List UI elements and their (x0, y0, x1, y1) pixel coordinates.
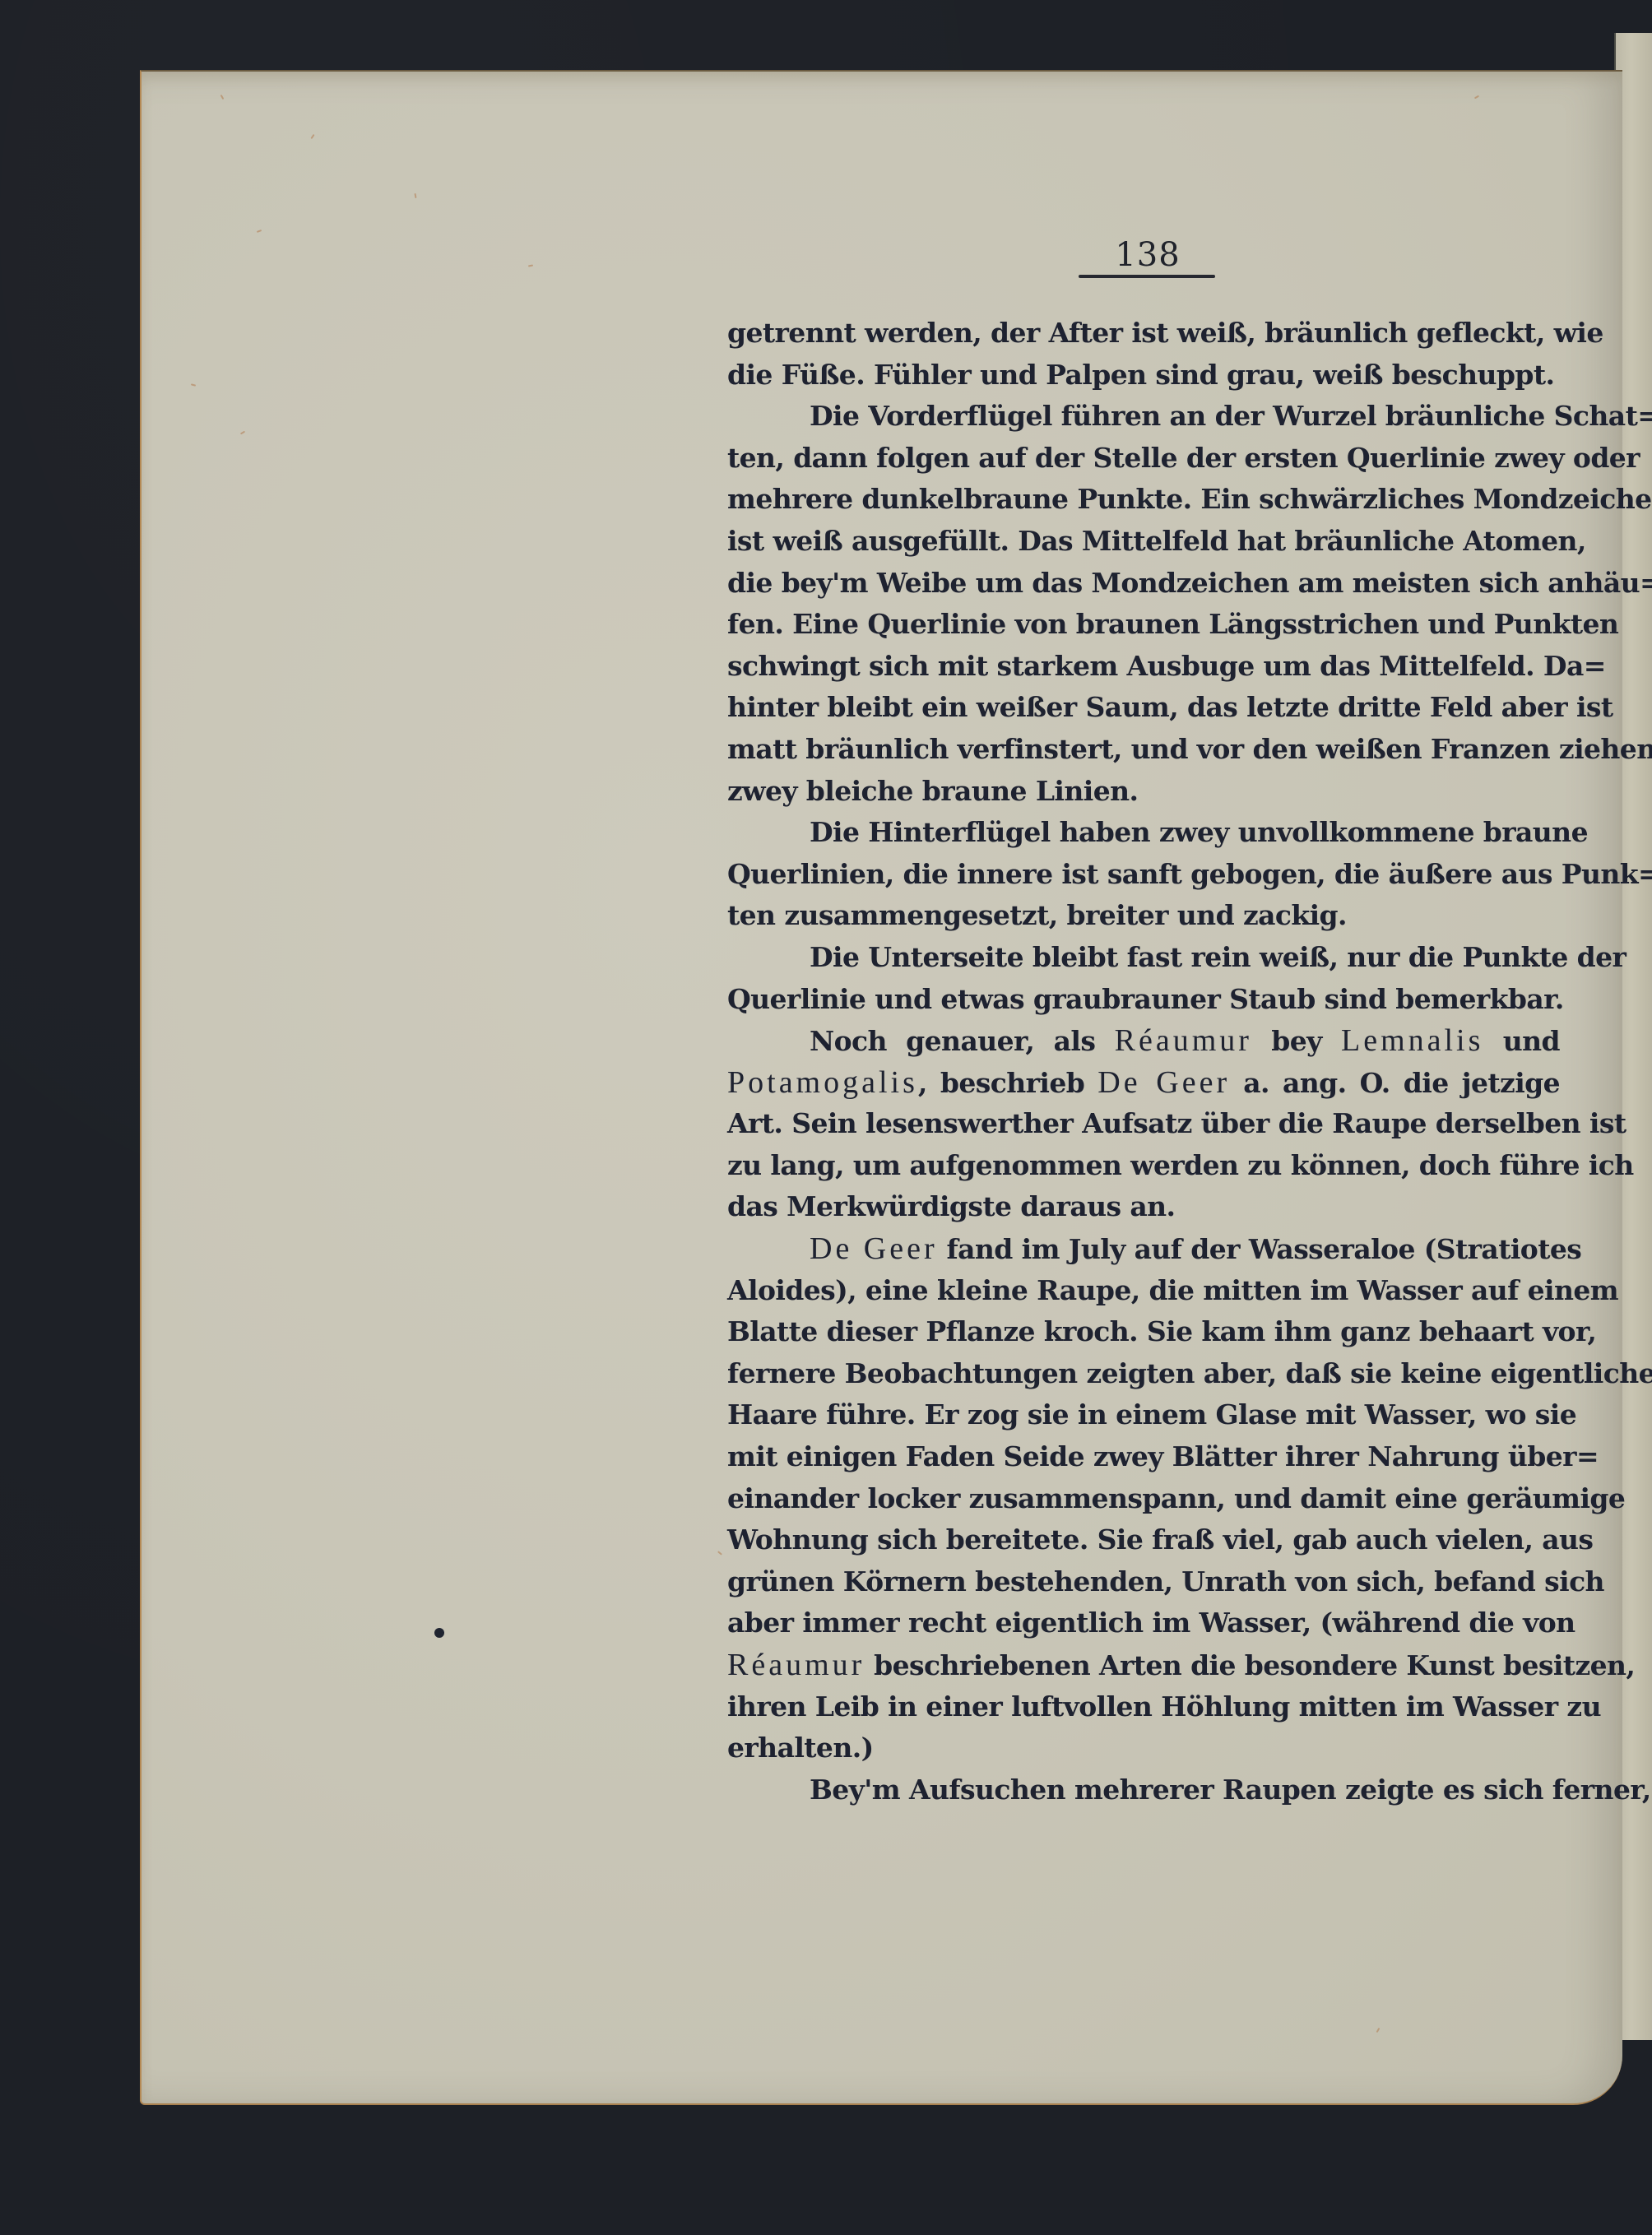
text-line: fen. Eine Querlinie von braunen Längsstr… (727, 604, 1560, 646)
text-line: matt bräunlich verfinstert, und vor den … (727, 729, 1560, 771)
text-line: erhalten.) (727, 1727, 1560, 1769)
text-line: ten zusammengesetzt, breiter und zackig. (727, 895, 1560, 937)
text-line: hinter bleibt ein weißer Saum, das letzt… (727, 687, 1560, 729)
paper-speck (528, 264, 533, 267)
paper-speck (220, 95, 225, 100)
text-line: das Merkwürdigste daraus an. (727, 1186, 1560, 1228)
text-line: Querlinie und etwas graubrauner Staub si… (727, 979, 1560, 1021)
text-line: zu lang, um aufgenommen werden zu können… (727, 1145, 1560, 1187)
paper-speck (257, 230, 262, 233)
text-line: mehrere dunkelbraune Punkte. Ein schwärz… (727, 479, 1560, 521)
text-line: aber immer recht eigentlich im Wasser, (… (727, 1602, 1560, 1644)
text-line: ist weiß ausgefüllt. Das Mittelfeld hat … (727, 521, 1560, 563)
text-line: Haare führe. Er zog sie in einem Glase m… (727, 1394, 1560, 1436)
paper-speck (1474, 95, 1479, 100)
header-rule (1079, 275, 1215, 278)
text-line: die Füße. Fühler und Palpen sind grau, w… (727, 355, 1560, 396)
text-line: De Geer fand im July auf der Wasseraloe … (727, 1228, 1560, 1270)
ink-blot (434, 1628, 444, 1638)
emphasized-name: Potamogalis (727, 1065, 918, 1100)
emphasized-name: Réaumur (1115, 1023, 1252, 1058)
paper-speck (191, 383, 196, 386)
text-line: einander locker zusammenspann, und damit… (727, 1478, 1560, 1520)
text-line: ihren Leib in einer luftvollen Höhlung m… (727, 1686, 1560, 1728)
text-line: ten, dann folgen auf der Stelle der erst… (727, 438, 1560, 480)
body-text: getrennt werden, der After ist weiß, brä… (727, 313, 1560, 1811)
text-line: Art. Sein lesenswerther Aufsatz über die… (727, 1103, 1560, 1145)
paper-speck (240, 431, 245, 435)
text-line: Die Vorderflügel führen an der Wurzel br… (727, 396, 1560, 438)
text-line: Réaumur beschriebenen Arten die besonder… (727, 1644, 1560, 1686)
paper-speck (310, 134, 314, 139)
text-line: die bey'm Weibe um das Mondzeichen am me… (727, 563, 1560, 605)
paper-speck (1376, 2028, 1381, 2033)
text-line: schwingt sich mit starkem Ausbuge um das… (727, 646, 1560, 688)
paper-speck (717, 1551, 722, 1555)
emphasized-name: Réaumur (727, 1648, 865, 1682)
page-header: 138 (1070, 237, 1226, 273)
text-line: getrennt werden, der After ist weiß, brä… (727, 313, 1560, 355)
emphasized-name: Lemnalis (1341, 1023, 1483, 1058)
text-line: grünen Körnern bestehenden, Unrath von s… (727, 1561, 1560, 1603)
text-line: Die Unterseite bleibt fast rein weiß, nu… (727, 937, 1560, 979)
emphasized-name: De Geer (810, 1231, 938, 1266)
text-line: Blatte dieser Pflanze kroch. Sie kam ihm… (727, 1311, 1560, 1353)
paper-speck (414, 193, 416, 198)
emphasized-name: De Geer (1097, 1065, 1230, 1100)
text-line: Die Hinterflügel haben zwey unvollkommen… (727, 812, 1560, 854)
page-number: 138 (1070, 237, 1226, 273)
text-line: Querlinien, die innere ist sanft gebogen… (727, 854, 1560, 896)
text-line: Aloides), eine kleine Raupe, die mitten … (727, 1270, 1560, 1312)
text-line: mit einigen Faden Seide zwey Blätter ihr… (727, 1436, 1560, 1478)
text-line: Noch genauer, als Réaumur bey Lemnalis u… (727, 1020, 1560, 1062)
text-line: Bey'm Aufsuchen mehrerer Raupen zeigte e… (727, 1769, 1560, 1811)
text-line: Potamogalis, beschrieb De Geer a. ang. O… (727, 1062, 1560, 1104)
text-line: zwey bleiche braune Linien. (727, 771, 1560, 813)
text-line: fernere Beobachtungen zeigten aber, daß … (727, 1353, 1560, 1395)
text-line: Wohnung sich bereitete. Sie fraß viel, g… (727, 1519, 1560, 1561)
